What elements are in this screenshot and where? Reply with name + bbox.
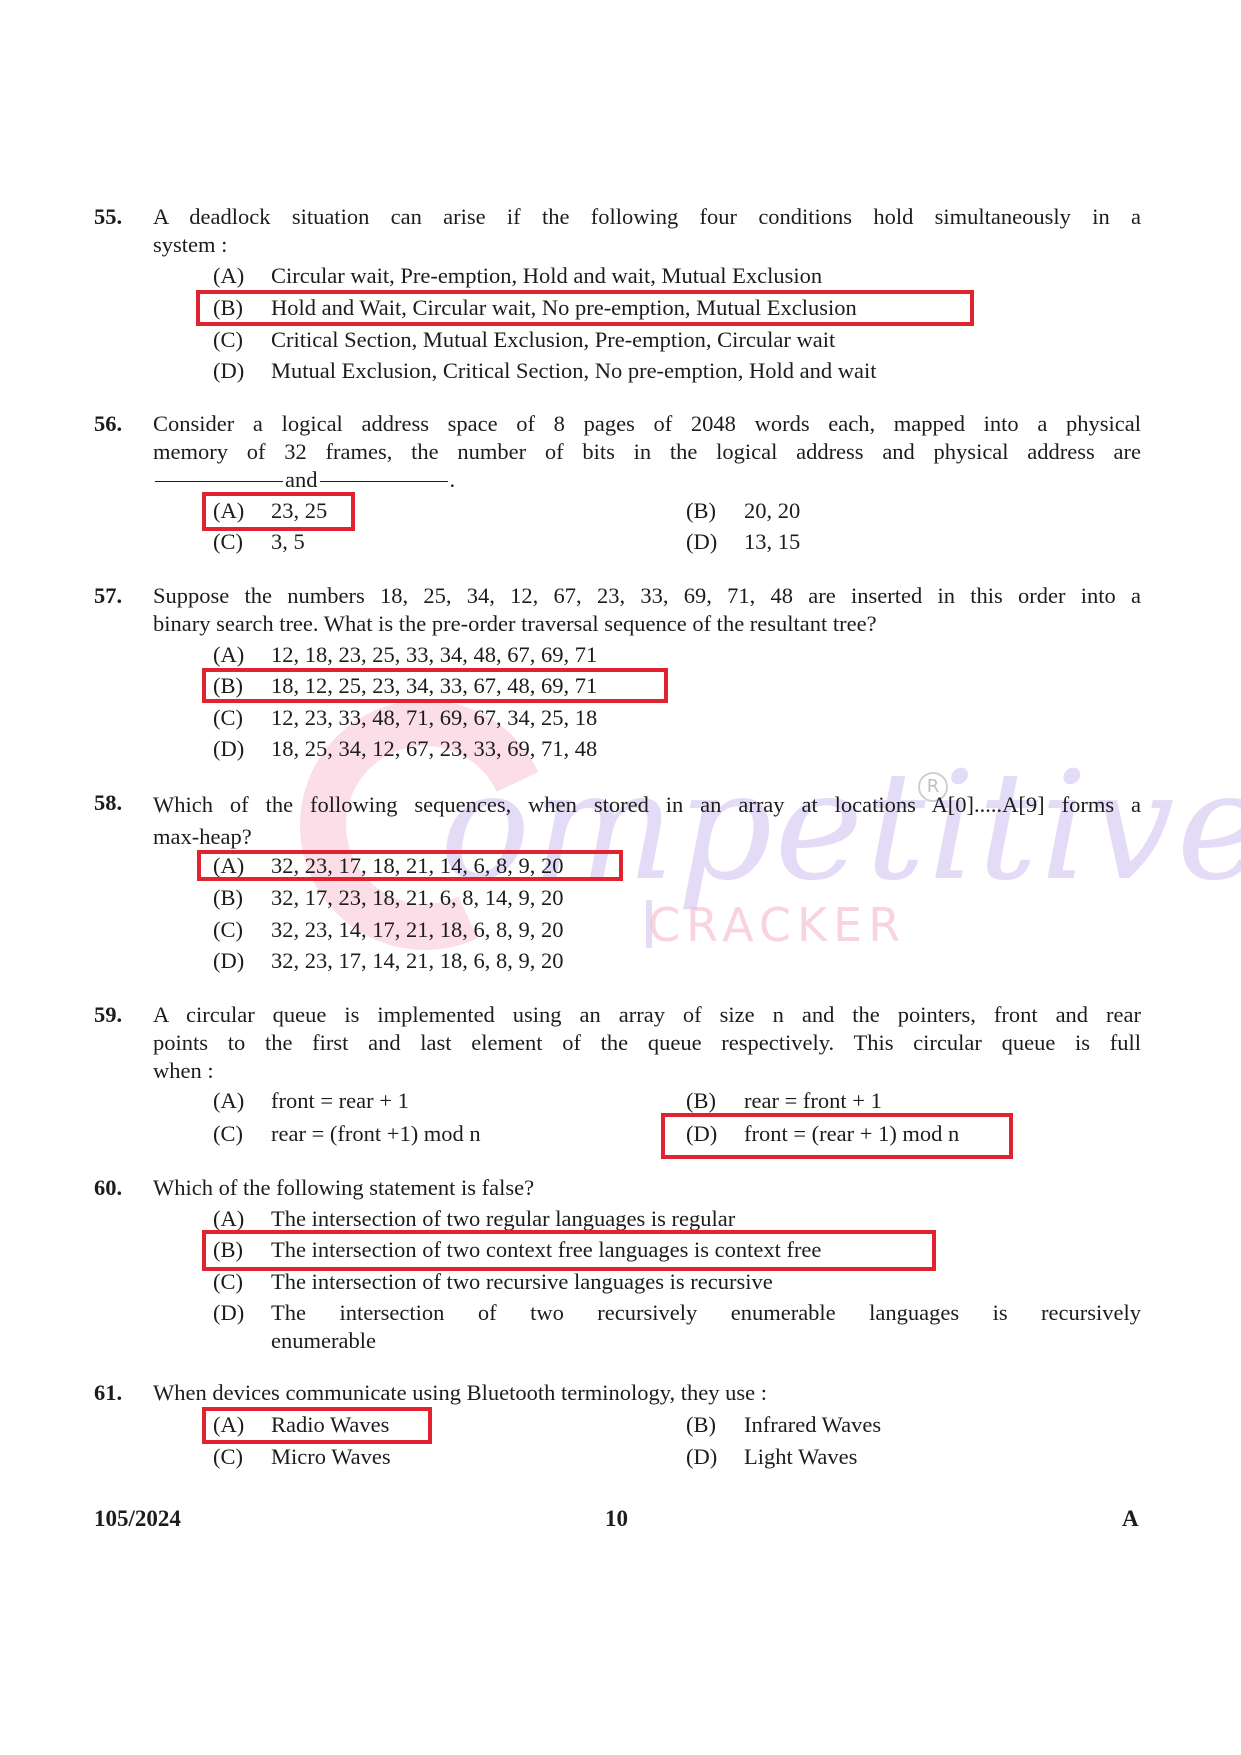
- option-d[interactable]: (D) The intersection of two recursively …: [213, 1299, 1141, 1355]
- exam-page: ompetitive CRACKER R 55. A deadlock situ…: [0, 0, 1241, 1755]
- question-text: Consider a logical address space of 8 pa…: [153, 410, 1141, 466]
- question-number: 60.: [94, 1174, 122, 1202]
- question-text: When devices communicate using Bluetooth…: [153, 1379, 1141, 1407]
- series-code: A: [1122, 1505, 1139, 1533]
- watermark-brand-word: CRACKER: [648, 898, 906, 952]
- watermark-divider: [646, 900, 652, 948]
- question-number: 55.: [94, 203, 122, 231]
- question-text: A deadlock situation can arise if the fo…: [153, 203, 1141, 259]
- question-number: 61.: [94, 1379, 122, 1407]
- paper-code: 105/2024: [94, 1505, 181, 1533]
- blank-1: [155, 481, 283, 482]
- fill-in-blank-line: and.: [153, 466, 455, 494]
- question-text: Suppose the numbers 18, 25, 34, 12, 67, …: [153, 582, 1141, 638]
- question-number: 56.: [94, 410, 122, 438]
- question-text: A circular queue is implemented using an…: [153, 1001, 1141, 1085]
- question-number: 58.: [94, 789, 122, 817]
- question-number: 57.: [94, 582, 122, 610]
- page-number: 10: [605, 1505, 628, 1533]
- blank-2: [320, 481, 448, 482]
- question-text: Which of the following sequences, when s…: [153, 789, 1141, 853]
- question-number: 59.: [94, 1001, 122, 1029]
- question-text: Which of the following statement is fals…: [153, 1174, 1141, 1202]
